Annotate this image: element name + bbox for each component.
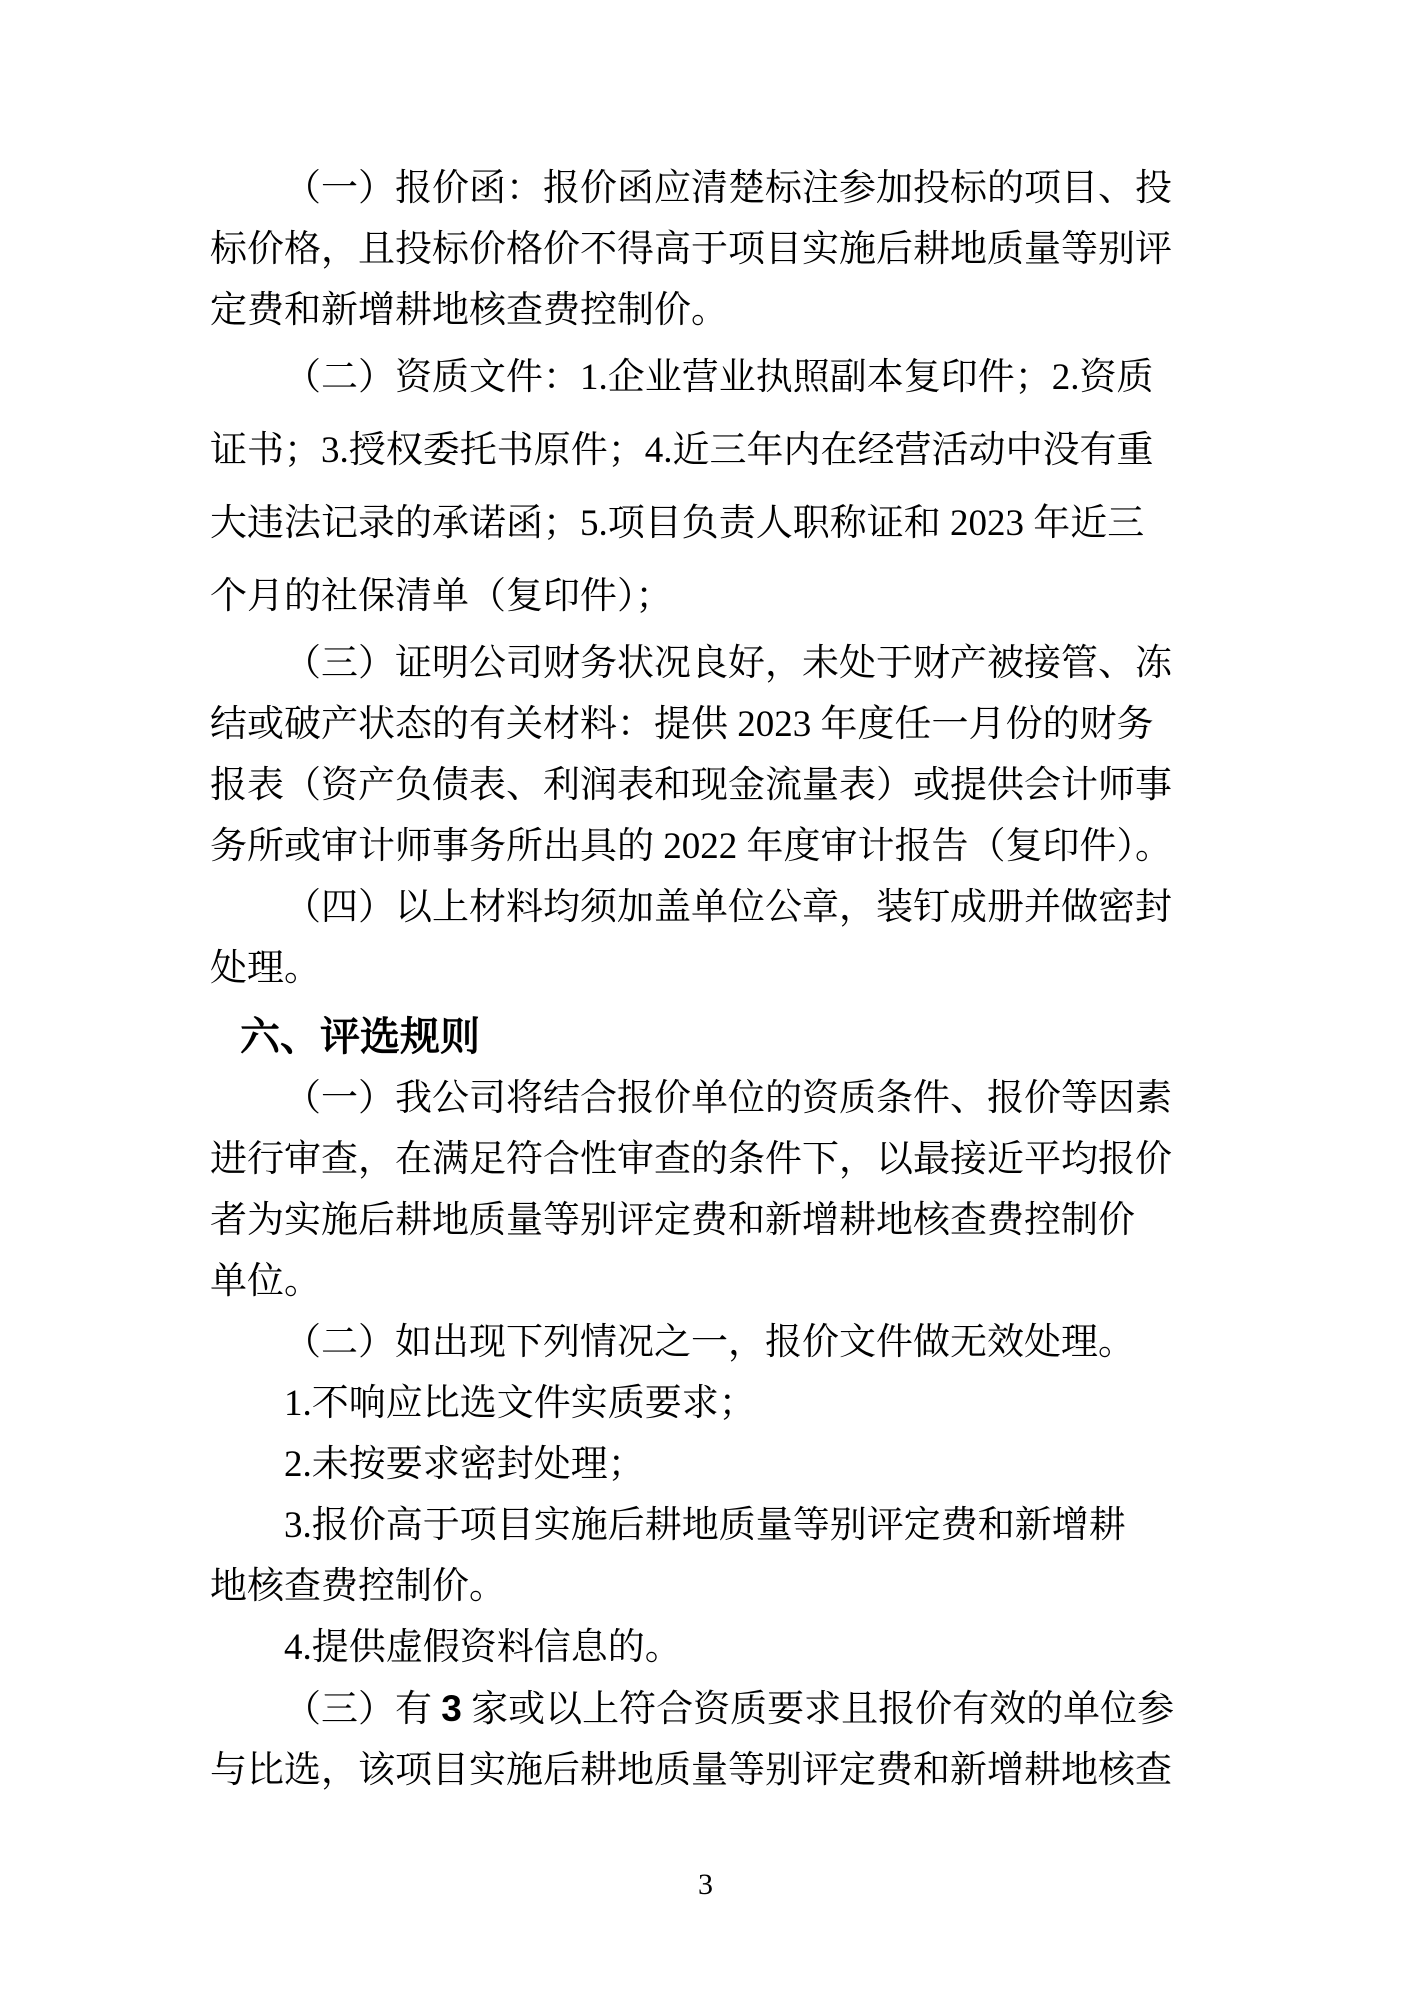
paragraph-qualification-documents: （二）资质文件：1.企业营业执照副本复印件；2.资质 证书；3.授权委托书原件；…: [210, 341, 1245, 633]
clause-text-prefix: （三）有: [284, 1689, 441, 1730]
document-page: （一）报价函：报价函应清楚标注参加投标的项目、投 标价格，且投标价格价不得高于项…: [0, 0, 1411, 1995]
paragraph-invalid-bid-conditions: （二）如出现下列情况之一，报价文件做无效处理。: [210, 1312, 1245, 1373]
paragraph-financial-status-proof: （三）证明公司财务状况良好，未处于财产被接管、冻 结或破产状态的有关材料：提供 …: [210, 633, 1245, 877]
list-item-3-price-over-limit: 3.报价高于项目实施后耕地质量等别评定费和新增耕 地核查费控制价。: [210, 1495, 1245, 1617]
list-item-1-no-response: 1.不响应比选文件实质要求；: [210, 1373, 1245, 1434]
bidder-count-number: 3: [441, 1688, 462, 1729]
section-heading-selection-rules: 六、评选规则: [240, 1007, 1245, 1068]
paragraph-review-method: （一）我公司将结合报价单位的资质条件、报价等因素 进行审查，在满足符合性审查的条…: [210, 1068, 1245, 1312]
document-body: （一）报价函：报价函应清楚标注参加投标的项目、投 标价格，且投标价格价不得高于项…: [210, 158, 1245, 1801]
page-number: 3: [0, 1870, 1411, 1900]
paragraph-three-valid-bidders: （三）有 3 家或以上符合资质要求且报价有效的单位参 与比选，该项目实施后耕地质…: [210, 1678, 1245, 1801]
list-item-4-false-information: 4.提供虚假资料信息的。: [210, 1617, 1245, 1678]
paragraph-seal-and-binding: （四）以上材料均须加盖单位公章，装钉成册并做密封 处理。: [210, 877, 1245, 999]
paragraph-quotation-letter: （一）报价函：报价函应清楚标注参加投标的项目、投 标价格，且投标价格价不得高于项…: [210, 158, 1245, 341]
list-item-2-not-sealed: 2.未按要求密封处理；: [210, 1434, 1245, 1495]
